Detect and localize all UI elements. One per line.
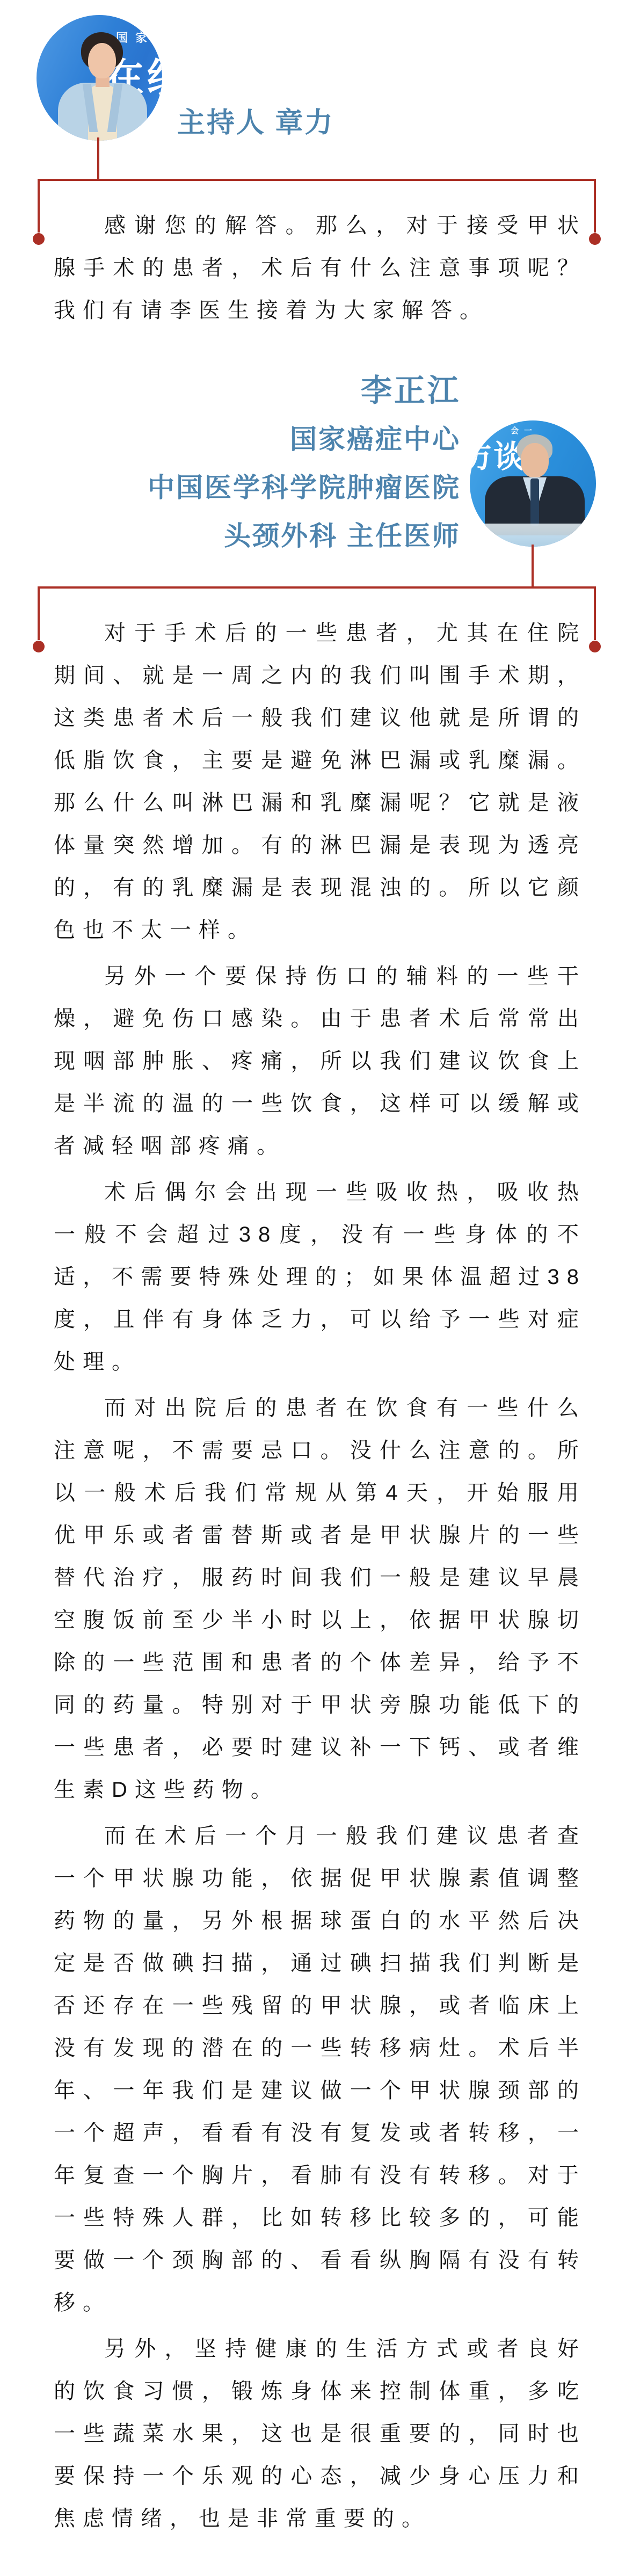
host-name-label: 主持人 章力 [177, 100, 334, 140]
doctor-figure-face [521, 443, 549, 477]
answer-paragraph: 对于手术后的一些患者，尤其在住院期间、就是一周之内的我们叫围手术期，这类患者术后… [54, 612, 586, 952]
article-page: 一国家 在线 主持人 章力 感谢您的解答。那么，对于接受甲状腺手术的患者，术后有… [0, 0, 633, 2576]
host-avatar-image: 一国家 在线 [37, 15, 162, 141]
question-box-corner-dot-left [33, 233, 45, 245]
answer-box-corner-dot-right [589, 641, 601, 652]
answer-box-border-left [38, 589, 40, 640]
doctor-connector-line [532, 545, 534, 587]
answer-box-corner-dot-left [33, 641, 45, 652]
answer-box-border-right [594, 589, 596, 640]
answer-paragraph: 另外一个要保持伤口的辅料的一些干燥，避免伤口感染。由于患者术后常常出现咽部肿胀、… [54, 955, 586, 1167]
answer-paragraph: 而对出院后的患者在饮食有一些什么注意呢，不需要忌口。没什么注意的。所以一般术后我… [54, 1387, 586, 1811]
answer-paragraph: 而在术后一个月一般我们建议患者查一个甲状腺功能，依据促甲状腺素值调整药物的量，另… [54, 1815, 586, 2324]
doctor-org-label: 国家癌症中心 [0, 418, 461, 456]
doctor-hospital-label: 中国医学科学院肿瘤医院 [0, 466, 461, 505]
question-box-corner-dot-right [589, 233, 601, 245]
doctor-avatar-image: 访谈 会一 [470, 420, 596, 547]
answer-paragraph: 术后偶尔会出现一些吸收热，吸收热一般不会超过38度，没有一些身体的不适，不需要特… [54, 1171, 586, 1383]
question-box-border-left [38, 181, 40, 233]
doctor-title-label: 头颈外科 主任医师 [0, 514, 461, 553]
question-text: 感谢您的解答。那么，对于接受甲状腺手术的患者，术后有什么注意事项呢？我们有请李医… [54, 205, 586, 332]
question-box-border-right [594, 181, 596, 233]
doctor-figure-tie [530, 478, 539, 526]
answer-box: 对于手术后的一些患者，尤其在住院期间、就是一周之内的我们叫围手术期，这类患者术后… [38, 586, 596, 2554]
doctor-name-label: 李正江 [0, 365, 461, 410]
doctor-figure-desk [470, 524, 596, 547]
host-connector-line [97, 137, 99, 180]
host-figure-face [88, 43, 116, 78]
question-box: 感谢您的解答。那么，对于接受甲状腺手术的患者，术后有什么注意事项呢？我们有请李医… [38, 179, 596, 342]
answer-paragraph: 另外，坚持健康的生活方式或者良好的饮食习惯，锻炼身体来控制体重，多吃一些蔬菜水果… [54, 2328, 586, 2540]
